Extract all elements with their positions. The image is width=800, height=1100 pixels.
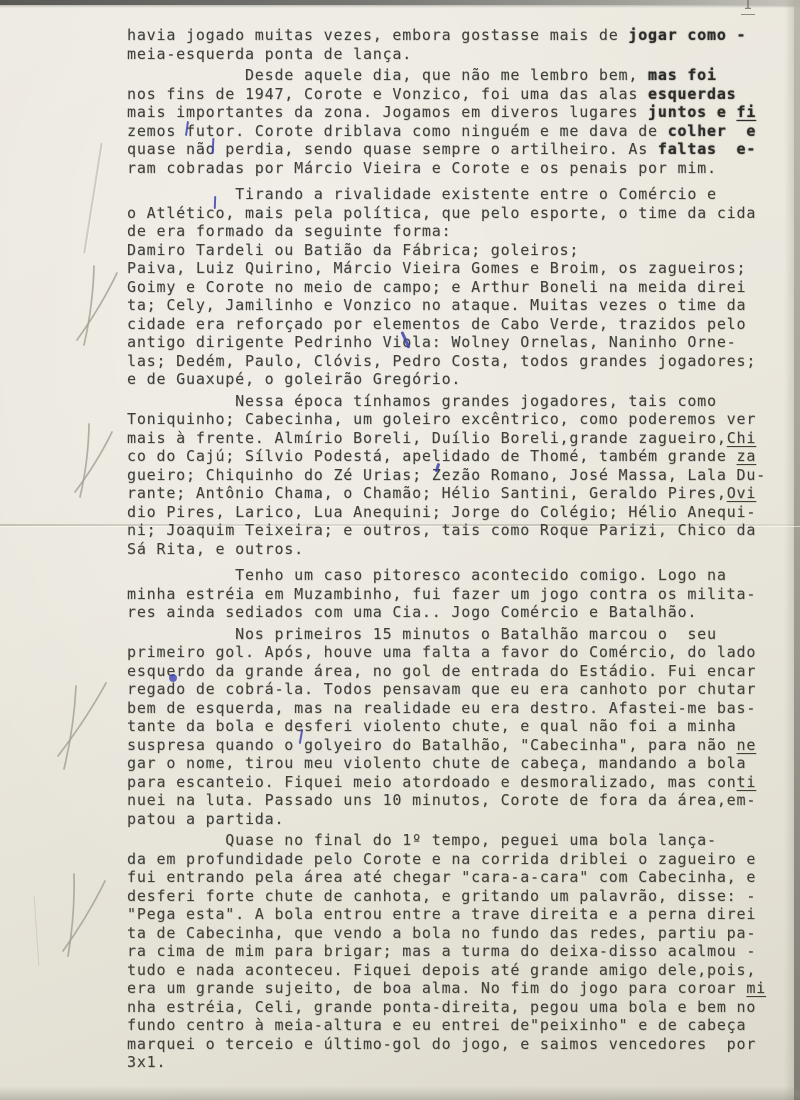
text-line: meia-esquerda ponta de lança.	[127, 45, 787, 64]
x-mark-stroke	[63, 881, 105, 951]
x-mark-stroke	[68, 874, 74, 956]
text-line: da em profundidade pelo Corote e na corr…	[127, 850, 787, 869]
text-line: havia jogado muitas vezes, embora gostas…	[127, 26, 787, 45]
text-line: ta de Cabecinha, que vendo a bola no fun…	[127, 924, 787, 943]
text-line: o Atlético, mais pela política, que pelo…	[127, 204, 787, 223]
text-line: quase não perdia, sendo quase sempre o a…	[127, 140, 787, 159]
text-line: para escanteio. Fiquei meio atordoado e …	[127, 773, 787, 792]
text-line: ra cima de mim para brigar; mas a turma …	[127, 942, 787, 961]
text-line: gueiro; Chiquinho do Zé Urias; Zezão Rom…	[127, 466, 787, 485]
x-mark-stroke	[80, 424, 89, 497]
paragraph: havia jogado muitas vezes, embora gostas…	[127, 26, 787, 63]
text-line: cidade era reforçado por elementos de Ca…	[127, 315, 787, 334]
text-line: nos fins de 1947, Corote e Vonzico, foi …	[127, 85, 787, 104]
text-line: desferi forte chute de canhota, e gritan…	[127, 887, 787, 906]
text-line: patou a partida.	[127, 810, 787, 829]
scanner-edge-bottom	[0, 1086, 800, 1100]
text-line: regado de cobrá-la. Todos pensavam que e…	[127, 680, 787, 699]
text-line: fui entrando pela área até chegar "cara-…	[127, 868, 787, 887]
text-line: fundo centro à meia-altura e eu entrei d…	[127, 1016, 787, 1035]
paragraph: Nessa época tínhamos grandes jogadores, …	[127, 392, 787, 559]
text-line: suspresa quando o golyeiro do Batalhão, …	[127, 736, 787, 755]
text-line: bem de esquerda, mas na realidade eu era…	[127, 699, 787, 718]
text-line: era um grande sujeito, de boa alma. No f…	[127, 979, 787, 998]
document-text: havia jogado muitas vezes, embora gostas…	[127, 26, 787, 1072]
paragraph: Tenho um caso pitoresco acontecido comig…	[127, 566, 787, 622]
paragraph: Desde aquele dia, que não me lembro bem,…	[127, 66, 787, 177]
text-line: e de Guaxupé, o goleirão Gregório.	[127, 370, 787, 389]
x-mark-stroke	[84, 266, 94, 345]
x-mark-stroke	[77, 273, 117, 340]
text-line: nuei na luta. Passado uns 10 minutos, Co…	[127, 791, 787, 810]
text-line: mais importantes da zona. Jogamos em div…	[127, 103, 787, 122]
text-line: mais à frente. Almírio Boreli, Duílio Bo…	[127, 429, 787, 448]
text-line: co do Cajú; Sílvio Podestá, apelidado de…	[127, 447, 787, 466]
text-line: Toniquinho; Cabecinha, um goleiro excênt…	[127, 410, 787, 429]
scanner-edge-top	[0, 0, 800, 5]
text-line: zemos futor. Corote driblava como ningué…	[127, 122, 787, 141]
text-line: Tenho um caso pitoresco acontecido comig…	[127, 566, 787, 585]
text-line: de era formado da seguinte forma:	[127, 222, 787, 241]
text-line: 3x1.	[127, 1053, 787, 1072]
text-line: res ainda sediados com uma Cia.. Jogo Co…	[127, 603, 787, 622]
text-line: Desde aquele dia, que não me lembro bem,…	[127, 66, 787, 85]
x-mark-stroke	[58, 683, 106, 756]
text-line: Nessa época tínhamos grandes jogadores, …	[127, 392, 787, 411]
fold-crease-diagonal	[83, 143, 102, 254]
text-line: nha estréia, Celi, grande ponta-direita,…	[127, 998, 787, 1017]
scanner-edge-right	[794, 0, 800, 1100]
text-line: tudo e nada aconteceu. Fiquei depois até…	[127, 961, 787, 980]
text-line: Sá Rita, e outros.	[127, 540, 787, 559]
text-line: Goimy e Corote no meio de campo; e Arthu…	[127, 278, 787, 297]
text-line: ni; Joaquim Teixeira; e outros, tais com…	[127, 521, 787, 540]
text-line: primeiro gol. Após, houve uma falta a fa…	[127, 643, 787, 662]
text-line: rante; Antônio Chama, o Chamão; Hélio Sa…	[127, 484, 787, 503]
text-line: ram cobradas por Márcio Vieira e Corote …	[127, 159, 787, 178]
text-line: antigo dirigente Pedrinho Viola: Wolney …	[127, 333, 787, 352]
fold-crease-left	[34, 896, 40, 966]
text-line: Damiro Tardeli ou Batião da Fábrica; gol…	[127, 241, 787, 260]
text-line: Nos primeiros 15 minutos o Batalhão marc…	[127, 625, 787, 644]
typewritten-page: 1 havia jogado muitas vezes, embora gost…	[0, 0, 800, 1100]
text-line: marquei o terceio e último-gol do jogo, …	[127, 1035, 787, 1054]
paragraph: Quase no final do 1º tempo, peguei uma b…	[127, 831, 787, 1072]
text-line: las; Dedém, Paulo, Clóvis, Pedro Costa, …	[127, 352, 787, 371]
text-line: minha estréia em Muzambinho, fui fazer u…	[127, 585, 787, 604]
text-line: gar o nome, tirou meu violento chute de …	[127, 754, 787, 773]
paragraph: Nos primeiros 15 minutos o Batalhão marc…	[127, 625, 787, 829]
text-line: ta; Cely, Jamilinho e Vonzico no ataque.…	[127, 296, 787, 315]
x-mark-stroke	[75, 432, 112, 492]
text-line: dio Pires, Larico, Lua Anequini; Jorge d…	[127, 503, 787, 522]
text-line: Quase no final do 1º tempo, peguei uma b…	[127, 831, 787, 850]
text-line: esquerdo da grande área, no gol de entra…	[127, 662, 787, 681]
text-line: Tirando a rivalidade existente entre o C…	[127, 185, 787, 204]
text-line: "Pega esta". A bola entrou entre a trave…	[127, 905, 787, 924]
text-line: tante da bola e desferi violento chute, …	[127, 717, 787, 736]
text-line: Paiva, Luiz Quirino, Márcio Vieira Gomes…	[127, 259, 787, 278]
page-number: 1	[741, 0, 755, 15]
x-mark-stroke	[64, 686, 76, 769]
paragraph: Tirando a rivalidade existente entre o C…	[127, 185, 787, 389]
